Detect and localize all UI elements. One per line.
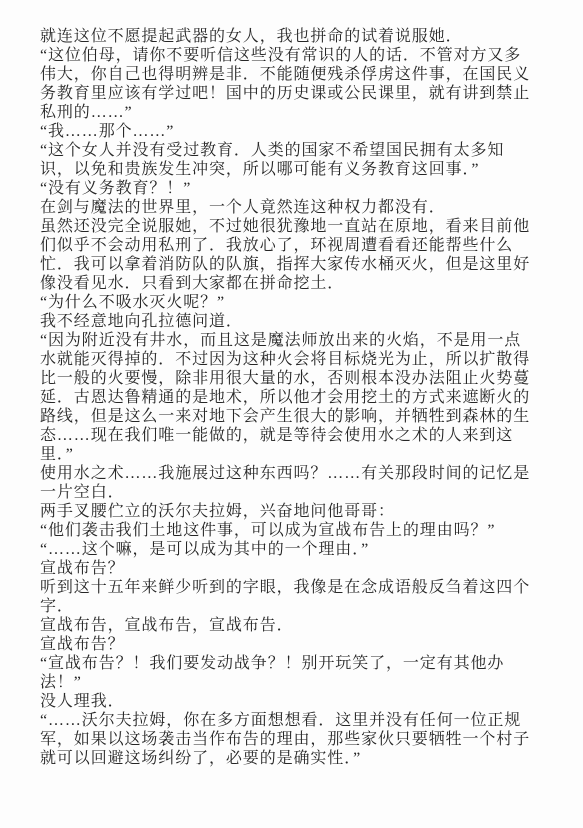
text-line-21: 路线，但是这么一来对地下会产生很大的影响，并牺牲到森林的生 [40, 407, 550, 426]
text-line-29: 宣战布告？ [40, 559, 550, 578]
text-line-10: 在剑与魔法的世界里，一个人竟然连这种权力都没有． [40, 198, 550, 217]
book-page: 就连这位不愿提起武器的女人，我也拼命的试着说服她．“这位伯母，请你不要听信这些没… [0, 0, 583, 828]
text-line-22: 态……现在我们唯一能做的，就是等待会使用水之术的人来到这 [40, 426, 550, 445]
text-line-6: “我……那个……” [40, 122, 550, 141]
text-line-1: 就连这位不愿提起武器的女人，我也拼命的试着说服她． [40, 27, 550, 46]
text-line-35: 法！” [40, 673, 550, 692]
text-line-30: 听到这十五年来鲜少听到的字眼，我像是在念成语般反刍着这四个 [40, 578, 550, 597]
text-line-18: 水就能灭得掉的．不过因为这种火会将目标烧光为止，所以扩散得 [40, 350, 550, 369]
text-line-16: 我不经意地向孔拉德问道． [40, 312, 550, 331]
text-line-27: “他们袭击我们土地这件事，可以成为宣战布告上的理由吗？” [40, 521, 550, 540]
text-line-7: “这个女人并没有受过教育．人类的国家不希望国民拥有太多知 [40, 141, 550, 160]
text-line-11: 虽然还没完全说服她，不过她很犹豫地一直站在原地，看来目前他 [40, 217, 550, 236]
text-line-32: 宣战布告，宣战布告，宣战布告． [40, 616, 550, 635]
text-line-36: 没人理我． [40, 692, 550, 711]
text-block: 就连这位不愿提起武器的女人，我也拼命的试着说服她．“这位伯母，请你不要听信这些没… [40, 27, 550, 768]
text-line-31: 字． [40, 597, 550, 616]
text-line-9: “没有义务教育？！” [40, 179, 550, 198]
text-line-8: 识，以免和贵族发生冲突，所以哪可能有义务教育这回事．” [40, 160, 550, 179]
text-line-5: 私刑的……” [40, 103, 550, 122]
text-line-37: “……沃尔夫拉姆，你在多方面想想看．这里并没有任何一位正规 [40, 711, 550, 730]
text-line-26: 两手叉腰伫立的沃尔夫拉姆，兴奋地问他哥哥： [40, 502, 550, 521]
text-line-28: “……这个嘛，是可以成为其中的一个理由．” [40, 540, 550, 559]
text-line-3: 伟大，你自己也得明辨是非．不能随便残杀俘虏这件事，在国民义 [40, 65, 550, 84]
text-line-33: 宣战布告？ [40, 635, 550, 654]
text-line-20: 延．古恩达鲁精通的是地术，所以他才会用挖土的方式来遮断火的 [40, 388, 550, 407]
text-line-13: 忙．我可以拿着消防队的队旗，指挥大家传水桶灭火，但是这里好 [40, 255, 550, 274]
text-line-34: “宣战布告？！我们要发动战争？！别开玩笑了，一定有其他办 [40, 654, 550, 673]
text-line-39: 就可以回避这场纠纷了，必要的是确实性．” [40, 749, 550, 768]
text-line-24: 使用水之术……我施展过这种东西吗？……有关那段时间的记忆是 [40, 464, 550, 483]
text-line-2: “这位伯母，请你不要听信这些没有常识的人的话．不管对方又多 [40, 46, 550, 65]
text-line-14: 像没看见水．只看到大家都在拼命挖土． [40, 274, 550, 293]
text-line-17: “因为附近没有井水，而且这是魔法师放出来的火焰，不是用一点 [40, 331, 550, 350]
text-line-25: 一片空白． [40, 483, 550, 502]
text-line-15: “为什么不吸水灭火呢？” [40, 293, 550, 312]
text-line-12: 们似乎不会动用私刑了．我放心了，环视周遭看看还能帮些什么 [40, 236, 550, 255]
text-line-4: 务教育里应该有学过吧！国中的历史课或公民课里，就有讲到禁止 [40, 84, 550, 103]
text-line-19: 比一般的火要慢，除非用很大量的水，否则根本没办法阻止火势蔓 [40, 369, 550, 388]
text-line-23: 里．” [40, 445, 550, 464]
text-line-38: 军，如果以这场袭击当作布告的理由，那些家伙只要牺牲一个村子 [40, 730, 550, 749]
